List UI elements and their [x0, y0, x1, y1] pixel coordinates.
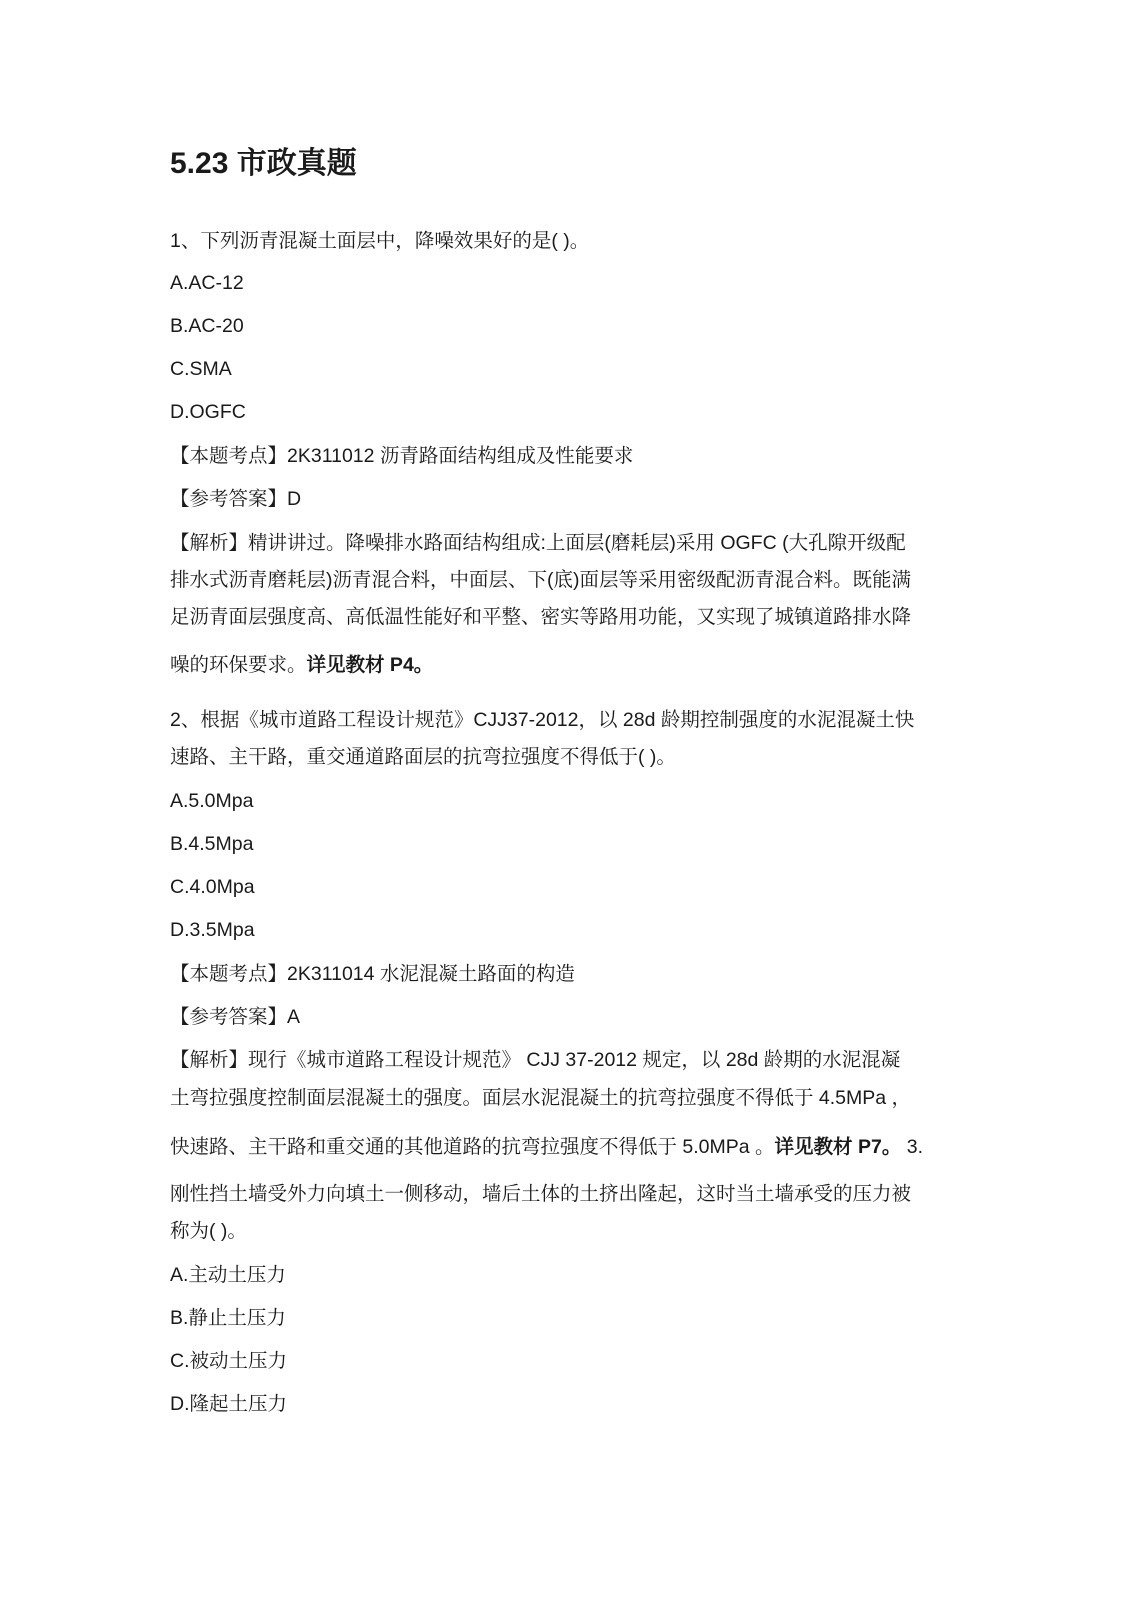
textbook-reference: 详见教材 P7。: [775, 1136, 902, 1158]
question-2-option-c: C.4.0Mpa: [170, 874, 255, 900]
question-1-analysis-last: 噪的环保要求。详见教材 P4。: [170, 652, 433, 678]
textbook-reference: 详见教材 P4。: [307, 654, 434, 676]
question-1-analysis-line: 【解析】精讲讲过。降噪排水路面结构组成:上面层(磨耗层)采用 OGFC (大孔隙…: [170, 530, 906, 556]
point-label: 【本题考点】: [170, 444, 287, 467]
point-label: 【本题考点】: [170, 962, 287, 985]
question-3-stem-line: 刚性挡土墙受外力向填土一侧移动，墙后土体的土挤出隆起，这时当土墙承受的压力被: [170, 1181, 911, 1207]
question-3-option-d: D.隆起土压力: [170, 1391, 287, 1417]
question-3-option-c: C.被动土压力: [170, 1348, 287, 1374]
question-3-stem-line: 称为( )。: [170, 1218, 247, 1244]
document-page: 5.23 市政真题 1、下列沥青混凝土面层中，降噪效果好的是( )。 A.AC-…: [0, 0, 1131, 1600]
page-title: 5.23 市政真题: [170, 146, 357, 182]
question-1-option-b: B.AC-20: [170, 313, 244, 339]
question-2-analysis-line: 土弯拉强度控制面层混凝土的强度。面层水泥混凝土的抗弯拉强度不得低于 4.5MPa…: [170, 1085, 911, 1111]
question-2-analysis-line: 【解析】现行《城市道路工程设计规范》 CJJ 37-2012 规定，以 28d …: [170, 1047, 900, 1073]
question-1-option-a: A.AC-12: [170, 270, 244, 296]
question-1-point: 【本题考点】2K311012 沥青路面结构组成及性能要求: [170, 443, 633, 469]
answer-label: 【参考答案】: [170, 487, 287, 510]
question-1-analysis-line: 排水式沥青磨耗层)沥青混合料，中面层、下(底)面层等采用密级配沥青混合料。既能满: [170, 567, 911, 593]
next-question-number: 3.: [901, 1136, 923, 1158]
question-1-stem: 1、下列沥青混凝土面层中，降噪效果好的是( )。: [170, 228, 589, 254]
analysis-text: 快速路、主干路和重交通的其他道路的抗弯拉强度不得低于 5.0MPa 。: [170, 1136, 775, 1158]
answer-value: D: [287, 488, 301, 510]
question-1-analysis-line: 足沥青面层强度高、高低温性能好和平整、密实等路用功能，又实现了城镇道路排水降: [170, 604, 911, 630]
question-2-option-a: A.5.0Mpa: [170, 788, 253, 814]
question-2-option-d: D.3.5Mpa: [170, 917, 255, 943]
answer-value: A: [287, 1006, 300, 1028]
question-2-stem-line: 速路、主干路，重交通道路面层的抗弯拉强度不得低于( )。: [170, 744, 676, 770]
question-2-stem-line: 2、根据《城市道路工程设计规范》CJJ37-2012，以 28d 龄期控制强度的…: [170, 707, 914, 733]
question-2-point: 【本题考点】2K311014 水泥混凝土路面的构造: [170, 961, 575, 987]
question-1-option-d: D.OGFC: [170, 399, 246, 425]
question-1-answer: 【参考答案】D: [170, 486, 301, 512]
question-2-analysis-last: 快速路、主干路和重交通的其他道路的抗弯拉强度不得低于 5.0MPa 。详见教材 …: [170, 1134, 923, 1160]
question-2-answer: 【参考答案】A: [170, 1004, 300, 1030]
point-text: 2K311012 沥青路面结构组成及性能要求: [287, 445, 633, 467]
point-text: 2K311014 水泥混凝土路面的构造: [287, 963, 575, 985]
question-3-option-b: B.静止土压力: [170, 1305, 286, 1331]
answer-label: 【参考答案】: [170, 1005, 287, 1028]
question-3-option-a: A.主动土压力: [170, 1262, 286, 1288]
question-1-option-c: C.SMA: [170, 356, 232, 382]
question-2-option-b: B.4.5Mpa: [170, 831, 253, 857]
analysis-text: 噪的环保要求。: [170, 654, 307, 676]
